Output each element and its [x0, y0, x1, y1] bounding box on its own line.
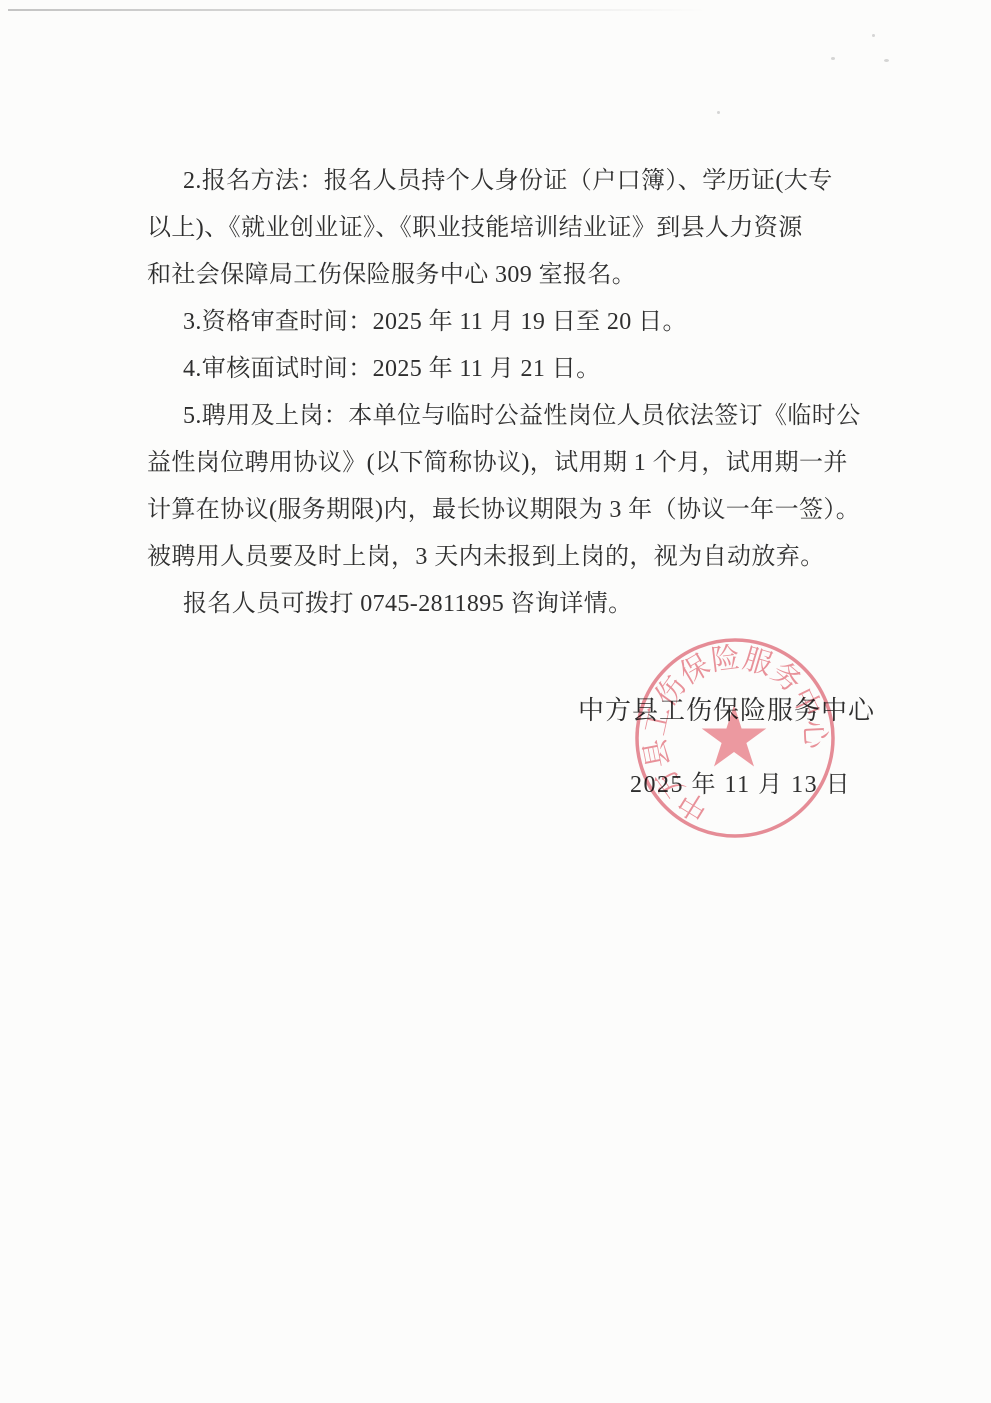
document-body: 2.报名方法：报名人员持个人身份证（户口簿）、学历证(大专 以上)、《就业创业证…: [147, 158, 877, 628]
scan-speck: [872, 34, 875, 37]
document-line: 3.资格审查时间：2025 年 11 月 19 日至 20 日。: [147, 299, 877, 346]
document-line: 以上)、《就业创业证》、《职业技能培训结业证》到县人力资源: [147, 205, 877, 252]
document-line: 计算在协议(服务期限)内，最长协议期限为 3 年（协议一年一签）。: [147, 487, 877, 534]
document-line: 5.聘用及上岗：本单位与临时公益性岗位人员依法签订《临时公: [147, 393, 877, 440]
document-line: 2.报名方法：报名人员持个人身份证（户口簿）、学历证(大专: [147, 158, 877, 205]
official-seal-stamp: 中方县工伤保险服务中心: [615, 618, 855, 858]
document-line: 和社会保障局工伤保险服务中心 309 室报名。: [147, 252, 877, 299]
scan-speck: [717, 111, 720, 114]
document-line: 4.审核面试时间：2025 年 11 月 21 日。: [147, 346, 877, 393]
scan-edge-line: [8, 9, 708, 11]
document-line: 被聘用人员要及时上岗，3 天内未报到上岗的，视为自动放弃。: [147, 534, 877, 581]
star-icon: [702, 705, 767, 767]
scan-speck: [831, 57, 835, 60]
scan-speck: [884, 59, 889, 62]
document-page: 2.报名方法：报名人员持个人身份证（户口簿）、学历证(大专 以上)、《就业创业证…: [0, 0, 991, 1403]
document-line: 益性岗位聘用协议》(以下简称协议)，试用期 1 个月，试用期一并: [147, 440, 877, 487]
